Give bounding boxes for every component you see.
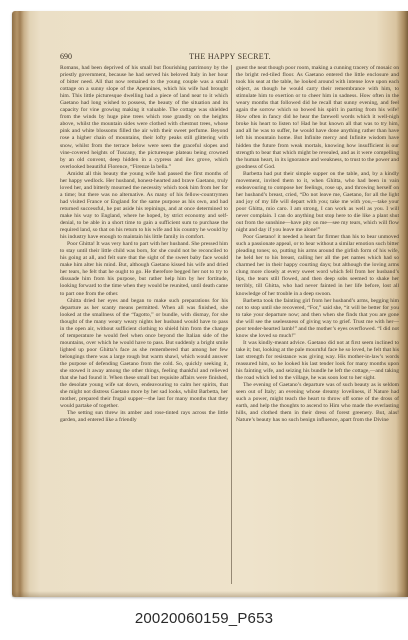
paragraph: Ghitta dried her eyes and began to make … xyxy=(60,298,228,411)
paragraph: Poor Ghitta! It was very hard to part wi… xyxy=(60,241,228,297)
paragraph: The setting sun threw its amber and rose… xyxy=(60,410,228,424)
paragraph: It was kindly-meant advice. Gaetano did … xyxy=(236,340,399,382)
paragraph: Romans, had been deprived of his small b… xyxy=(60,65,228,171)
image-caption: 20020060159_P653 xyxy=(0,610,408,627)
paragraph: Barbetta took the fainting girl from her… xyxy=(236,298,399,340)
page-header: 690 THE HAPPY SECRET. xyxy=(60,52,400,64)
paragraph: Amidst all this beauty the young wife ha… xyxy=(60,171,228,241)
column-divider xyxy=(231,65,232,584)
paragraph: The evening of Gaetano’s departure was o… xyxy=(236,382,399,424)
paragraph: Barbetta had put their simple supper on … xyxy=(236,171,399,234)
right-column: guest the neat though poor room, making … xyxy=(236,65,399,424)
running-title: THE HAPPY SECRET. xyxy=(60,52,400,61)
paragraph: Poor Gaetano! it needed a heart far firm… xyxy=(236,234,399,297)
left-column: Romans, had been deprived of his small b… xyxy=(60,65,228,424)
paragraph: guest the neat though poor room, making … xyxy=(236,65,399,171)
